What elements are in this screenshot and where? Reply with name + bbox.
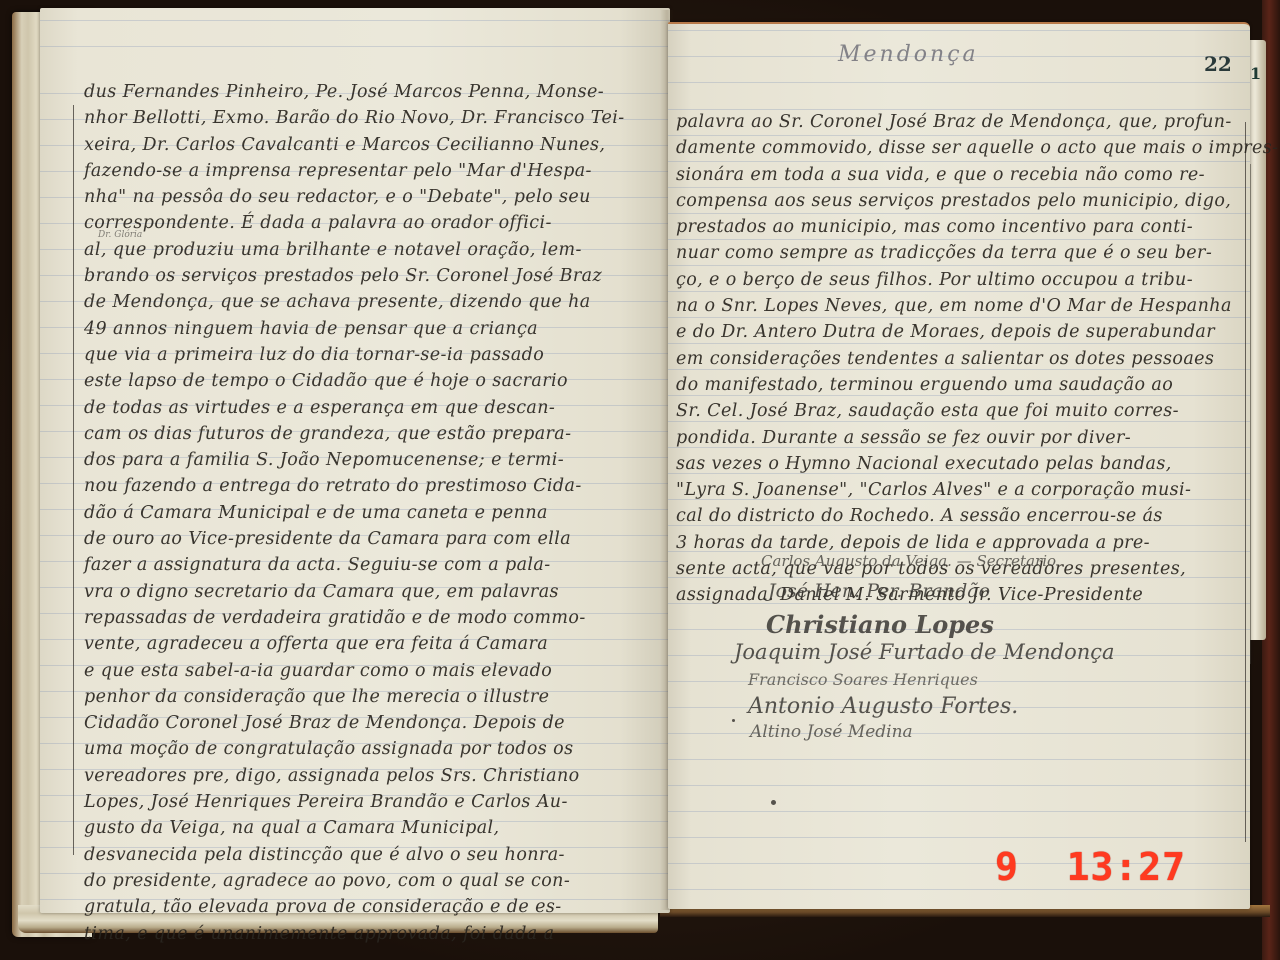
text-line: dão á Camara Municipal e de uma caneta e…: [84, 500, 625, 526]
text-line: de todas as virtudes e a esperança em qu…: [84, 395, 625, 421]
text-line: desvanecida pela distincção que é alvo o…: [84, 842, 625, 868]
text-line: repassadas de verdadeira gratidão e de m…: [84, 605, 625, 631]
text-line: de Mendonça, que se achava presente, diz…: [84, 289, 625, 315]
text-line: Lopes, José Henriques Pereira Brandão e …: [84, 789, 625, 815]
margin-line: [73, 105, 74, 855]
text-line: compensa aos seus serviços prestados pel…: [676, 188, 1278, 214]
signature: Christiano Lopes: [766, 610, 994, 639]
text-line: nou fazendo a entrega do retrato do pres…: [84, 473, 625, 499]
text-line: cal do districto do Rochedo. A sessão en…: [676, 503, 1278, 529]
text-line: al, que produziu uma brilhante e notavel…: [84, 237, 625, 263]
signature: Francisco Soares Henriques: [748, 670, 978, 689]
ledger-photo: dus Fernandes Pinheiro, Pe. José Marcos …: [0, 0, 1280, 960]
text-line: do manifestado, terminou erguendo uma sa…: [676, 372, 1278, 398]
text-line: na o Snr. Lopes Neves, que, em nome d'O …: [676, 293, 1278, 319]
ink-spot: [732, 719, 735, 722]
signature: Joaquim José Furtado de Mendonça: [734, 640, 1115, 664]
text-line: nha" na pessôa do seu redactor, e o "Deb…: [84, 184, 625, 210]
text-line: prestados ao municipio, mas como incenti…: [676, 214, 1278, 240]
text-line: penhor da consideração que lhe merecia o…: [84, 684, 625, 710]
text-line: do presidente, agradece ao povo, com o q…: [84, 868, 625, 894]
text-line: xeira, Dr. Carlos Cavalcanti e Marcos Ce…: [84, 132, 625, 158]
text-line: dus Fernandes Pinheiro, Pe. José Marcos …: [84, 79, 625, 105]
signature: Antonio Augusto Fortes.: [748, 694, 1018, 719]
text-line: tima, e que é unanimemente approvada, fo…: [84, 921, 625, 947]
text-line: e do Dr. Antero Dutra de Moraes, depois …: [676, 319, 1278, 345]
text-line: vra o digno secretario da Camara que, em…: [84, 579, 625, 605]
text-line: palavra ao Sr. Coronel José Braz de Mend…: [676, 109, 1278, 135]
text-line: uma moção de congratulação assignada por…: [84, 736, 625, 762]
text-line: 49 annos ninguem havia de pensar que a c…: [84, 316, 625, 342]
text-line: e que esta sabel-a-ia guardar como o mai…: [84, 658, 625, 684]
text-line: Sr. Cel. José Braz, saudação esta que fo…: [676, 398, 1278, 424]
interlinear-note: Dr. Glória: [98, 230, 142, 240]
signature: Carlos Augusto da Veiga. — Secretario: [761, 552, 1056, 570]
left-page-handwritten-text: dus Fernandes Pinheiro, Pe. José Marcos …: [84, 79, 625, 947]
signature: Altino José Medina: [750, 722, 913, 742]
text-line: gusto da Veiga, na qual a Camara Municip…: [84, 815, 625, 841]
right-page-handwritten-text: palavra ao Sr. Coronel José Braz de Mend…: [676, 109, 1278, 609]
text-line: vereadores pre, digo, assignada pelos Sr…: [84, 763, 625, 789]
text-line: cam os dias futuros de grandeza, que est…: [84, 421, 625, 447]
edge-page-number: 1: [1250, 64, 1261, 83]
page-number: 22: [1204, 52, 1232, 76]
text-line: de ouro ao Vice-presidente da Camara par…: [84, 526, 625, 552]
camera-timestamp-overlay: 9 13:27: [995, 845, 1186, 889]
text-line: este lapso de tempo o Cidadão que é hoje…: [84, 368, 625, 394]
text-line: ço, e o berço de seus filhos. Por ultimo…: [676, 267, 1278, 293]
pencil-header-note: Mendonça: [838, 42, 979, 67]
text-line: dos para a familia S. João Nepomucenense…: [84, 447, 625, 473]
text-line: gratula, tão elevada prova de consideraç…: [84, 894, 625, 920]
signature: José Hen. Per. Brandão: [768, 580, 990, 602]
text-line: sionára em toda a sua vida, e que o rece…: [676, 162, 1278, 188]
text-line: brando os serviços prestados pelo Sr. Co…: [84, 263, 625, 289]
text-line: em considerações tendentes a salientar o…: [676, 346, 1278, 372]
text-line: vente, agradeceu a offerta que era feita…: [84, 631, 625, 657]
ink-spot: [771, 800, 776, 805]
right-page: Mendonça 22 palavra ao Sr. Coronel José …: [668, 22, 1250, 909]
text-line: nuar como sempre as tradicções da terra …: [676, 240, 1278, 266]
text-line: fazer a assignatura da acta. Seguiu-se c…: [84, 552, 625, 578]
text-line: Cidadão Coronel José Braz de Mendonça. D…: [84, 710, 625, 736]
text-line: pondida. Durante a sessão se fez ouvir p…: [676, 425, 1278, 451]
text-line: correspondente. É dada a palavra ao orad…: [84, 210, 625, 236]
text-line: "Lyra S. Joanense", "Carlos Alves" e a c…: [676, 477, 1278, 503]
text-line: nhor Bellotti, Exmo. Barão do Rio Novo, …: [84, 105, 625, 131]
text-line: sas vezes o Hymno Nacional executado pel…: [676, 451, 1278, 477]
left-page: dus Fernandes Pinheiro, Pe. José Marcos …: [40, 8, 670, 913]
text-line: damente commovido, disse ser aquelle o a…: [676, 135, 1278, 161]
text-line: fazendo-se a imprensa representar pelo "…: [84, 158, 625, 184]
text-line: que via a primeira luz do dia tornar-se-…: [84, 342, 625, 368]
